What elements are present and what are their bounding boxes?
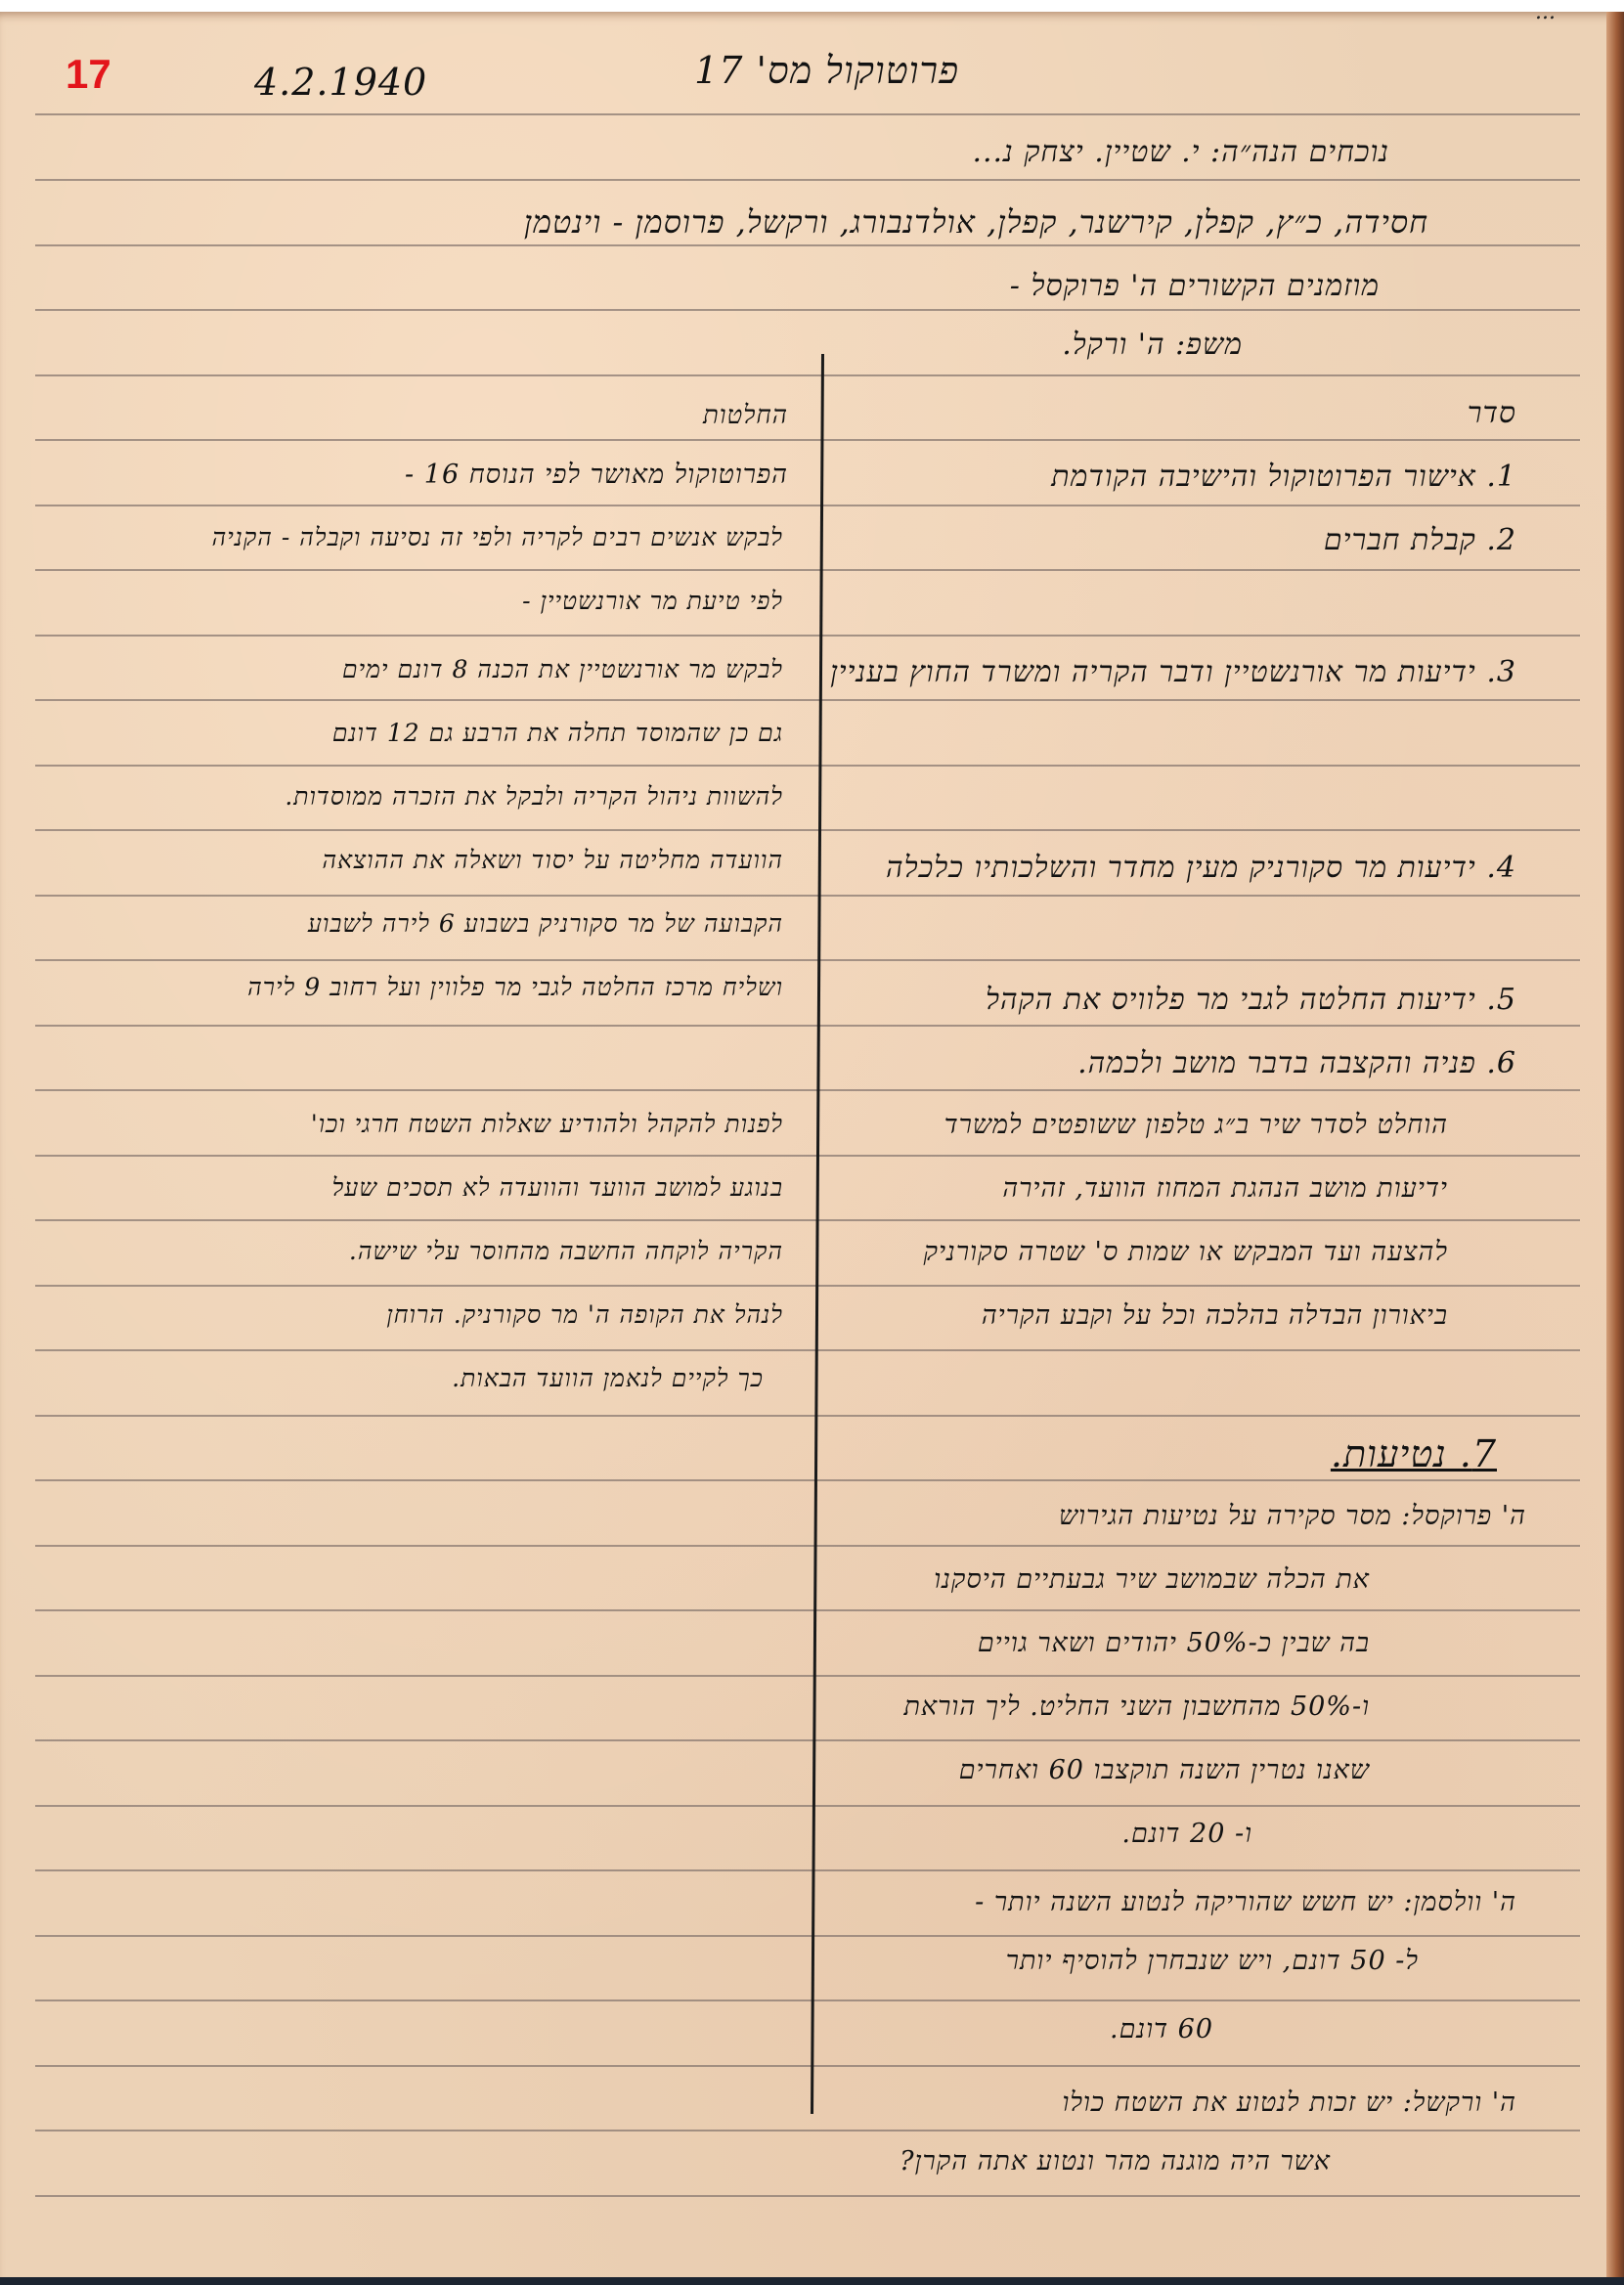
ruled-line — [35, 1025, 1580, 1027]
page-title: פרוטוקול מס' 17 — [694, 49, 959, 93]
agenda-item-4: 4. ידיעות מר סקורניק מעין מחדר והשלכותיו… — [886, 851, 1516, 885]
item7-line: ה' ורקשל: יש זכות לנטוע את השטח כולו — [1062, 2087, 1516, 2118]
decisions-header: החלטות — [703, 401, 788, 430]
ruled-line — [35, 1219, 1580, 1221]
decision-line: כך לקיים לנאמן הוועד הבאות. — [452, 1364, 764, 1393]
ruled-line — [35, 699, 1580, 701]
ruled-line — [35, 179, 1580, 181]
ruled-line — [35, 439, 1580, 441]
item7-line: את הכלה שבמושב שיר גבעתיים היסקנו — [934, 1564, 1370, 1595]
item7-line: בה שבין כ-50% יהודים ושאר גויים — [978, 1628, 1370, 1658]
ruled-line — [35, 309, 1580, 311]
ruled-line — [35, 829, 1580, 831]
decision-line: הקריה לוקחה החשבה מהחוסר עלי שישה. — [349, 1237, 783, 1266]
page-edge — [1606, 12, 1624, 2278]
ruled-line — [35, 2130, 1580, 2131]
decision-line: לפנות להקהל ולהודיע שאלות השטח חרגי וכו' — [311, 1110, 783, 1139]
item6-note: ידיעות מושב הנהגת המחוז הוועד, זהירה — [1002, 1173, 1448, 1204]
item7-line: ה' פרוקסל: מסר סקירה על נטיעות הגירוש — [1059, 1501, 1526, 1531]
page-number: 17 — [66, 51, 111, 98]
ruled-line — [35, 1869, 1580, 1871]
ruled-line — [35, 1285, 1580, 1287]
agenda-item-6: 6. פניה והקצבה בדבר מושב ולכמה. — [1077, 1046, 1516, 1080]
decision-line: לבקש מר אורנשטיין את הכנה 8 דונם ימים — [342, 655, 783, 684]
ruled-line — [35, 1739, 1580, 1741]
ruled-line — [35, 2065, 1580, 2067]
attendance-present: נוכחים הנה״ה: י. שטיין. יצחק נ... — [972, 135, 1389, 169]
decision-line: לבקש אנשים רבים לקריה ולפי זה נסיעה וקבל… — [212, 523, 783, 552]
attendance-names: חסידה, כ״ץ, קפלן, קירשנר, קפלן, אולדנבור… — [524, 203, 1428, 241]
item7-line: 60 דונם. — [1110, 2014, 1213, 2044]
date: 4.2.1940 — [254, 61, 427, 104]
item7-line: ו-50% מהחשבון השני החליט. ליך הוראת — [903, 1692, 1370, 1722]
agenda-item-1: 1. אישור הפרוטוקול והישיבה הקודמת — [1051, 460, 1516, 494]
attendance-guests: מוזמנים הקשורים ה' פרוקסל - — [1010, 269, 1380, 303]
ruled-line — [35, 635, 1580, 637]
ruled-line — [35, 1609, 1580, 1611]
item6-note: הוחלט לסדר שיר ב״ג טלפון ששופטים למשרד — [944, 1110, 1448, 1140]
ruled-line — [35, 1999, 1580, 2001]
ruled-line — [35, 1089, 1580, 1091]
ruled-line — [35, 113, 1580, 115]
decision-line: הוועדה מחליטה על יסוד ושאלה את ההוצאה — [323, 846, 784, 875]
decision-line: לנהל את הקופה ה' מר סקורניק. הרוחן — [386, 1300, 783, 1330]
item7-line: ה' וולסמן: יש חשש שהוריקה לנטוע השנה יות… — [975, 1887, 1516, 1917]
ruled-line — [35, 244, 1580, 246]
ruled-line — [35, 1805, 1580, 1807]
item7-title: 7. נטיעות. — [1331, 1432, 1497, 1476]
decision-line: ושליח מרכז החלטה לגבי מר פלווין ועל רחוב… — [247, 973, 783, 1002]
decision-line: הפרוטוקול מאושר לפי הנוסח 16 - — [405, 460, 788, 490]
ruled-line — [35, 569, 1580, 571]
item6-note: להצעה ועד המבקש או שמות ס' שטרה סקורניק — [924, 1237, 1448, 1267]
ruled-line — [35, 1935, 1580, 1937]
ruled-line — [35, 1415, 1580, 1417]
ruled-line — [35, 1479, 1580, 1481]
decision-line: לפי טיעת מר אורנשטיין - — [522, 587, 783, 616]
item7-line: אשר היה מוגנה מהר ונטוע אתה הקרן? — [900, 2146, 1331, 2176]
item7-line: ל- 50 דונם, ויש שנבחרן להוסיף יותר — [1006, 1946, 1419, 1976]
agenda-header: סדר — [1468, 396, 1516, 430]
attendance-chair: משפ: ה' ורקל. — [1062, 328, 1243, 362]
ruled-line — [35, 374, 1580, 376]
decision-line: הקבועה של מר סקורניק בשבוע 6 לירה לשבוע — [308, 909, 783, 939]
ruled-line — [35, 959, 1580, 961]
ruled-line — [35, 2195, 1580, 2197]
decision-line: להשוות ניהול הקריה ולבקל את הזכרה ממוסדו… — [285, 782, 783, 812]
ruled-line — [35, 1675, 1580, 1677]
ruled-line — [35, 765, 1580, 767]
ruled-line — [35, 1155, 1580, 1157]
decision-line: גם כן שהמוסד תחלה את הרבע גם 12 דונם — [332, 719, 783, 748]
agenda-item-5: 5. ידיעות החלטה לגבי מר פלוויס את הקהל — [986, 983, 1516, 1017]
ruled-line — [35, 1545, 1580, 1547]
scan-bottom-edge — [0, 2277, 1624, 2285]
item6-note: ביאורון הבדלה בהלכה וכל על וקבע הקריה — [982, 1300, 1448, 1331]
ruled-line — [35, 895, 1580, 897]
decision-line: בנוגע למושב הוועד והוועדה לא תסכים שעל — [332, 1173, 783, 1203]
notebook-page — [0, 12, 1613, 2278]
agenda-item-2: 2. קבלת חברים — [1324, 523, 1516, 557]
item7-line: שאנו נטרין השנה תוקצבו 60 ואחרים — [959, 1755, 1370, 1785]
agenda-item-3: 3. ידיעות מר אורנשטיין ודבר הקריה ומשרד … — [830, 655, 1516, 689]
ruled-line — [35, 505, 1580, 506]
item7-line: ו- 20 דונם. — [1121, 1819, 1252, 1849]
corner-scrawl: ... — [1535, 0, 1556, 24]
ruled-line — [35, 1349, 1580, 1351]
